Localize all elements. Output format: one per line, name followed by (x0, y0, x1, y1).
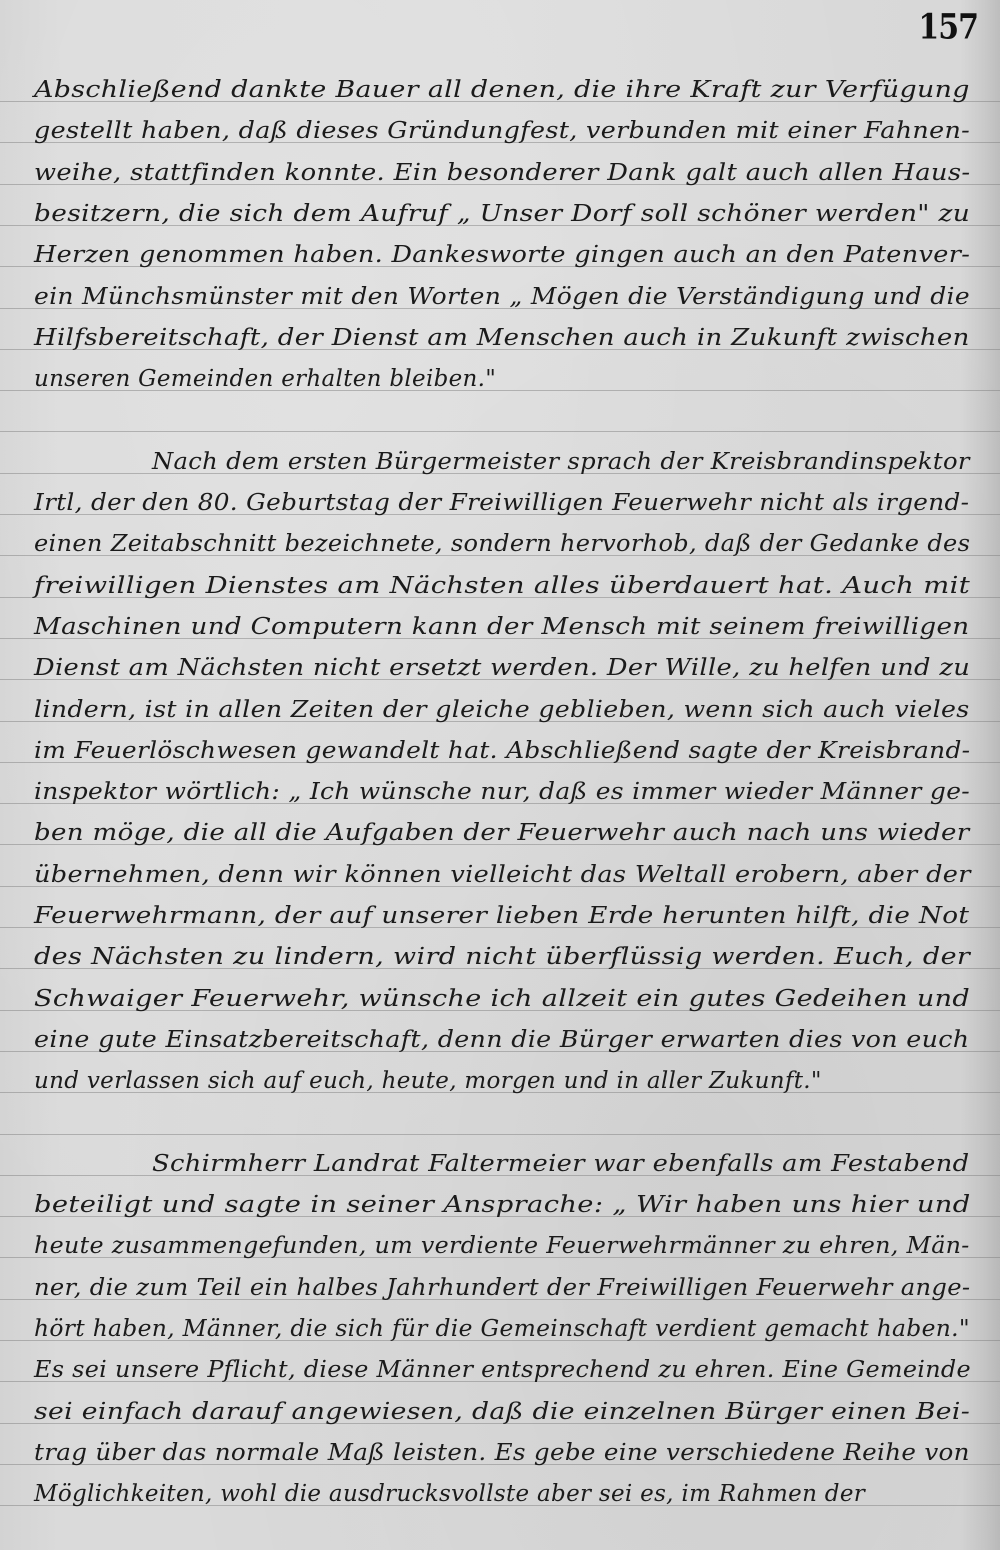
handwritten-line: weihe, stattfinden konnte. Ein besondere… (34, 162, 970, 185)
ruled-line (0, 1134, 1000, 1135)
handwritten-line: ben möge, die all die Aufgaben der Feuer… (34, 822, 970, 845)
handwritten-line: ein Münchsmünster mit den Worten „ Mögen… (34, 286, 970, 309)
handwritten-line: übernehmen, denn wir können vielleicht d… (34, 864, 971, 887)
handwritten-line: beteiligt und sagte in seiner Ansprache:… (34, 1194, 971, 1217)
handwritten-line: Abschließend dankte Bauer all denen, die… (34, 79, 970, 102)
handwritten-line: heute zusammengefunden, um verdiente Feu… (34, 1235, 970, 1258)
handwritten-line: eine gute Einsatzbereitschaft, denn die … (34, 1029, 969, 1052)
handwritten-line: inspektor wörtlich: „ Ich wünsche nur, d… (34, 781, 970, 804)
handwritten-line: im Feuerlöschwesen gewandelt hat. Abschl… (34, 740, 970, 763)
handwritten-line: trag über das normale Maß leisten. Es ge… (34, 1442, 970, 1465)
handwritten-line: Nach dem ersten Bürgermeister sprach der… (152, 451, 970, 474)
handwritten-line: unseren Gemeinden erhalten bleiben." (34, 368, 496, 391)
page-number: 157 (918, 7, 978, 47)
handwritten-line: Schirmherr Landrat Faltermeier war ebenf… (152, 1153, 969, 1176)
handwritten-line: hört haben, Männer, die sich für die Gem… (34, 1318, 970, 1341)
handwritten-line: Hilfsbereitschaft, der Dienst am Mensche… (34, 327, 970, 350)
handwritten-line: und verlassen sich auf euch, heute, morg… (34, 1070, 822, 1093)
handwritten-line: freiwilligen Dienstes am Nächsten alles … (34, 575, 970, 598)
handwritten-line: einen Zeitabschnitt bezeichnete, sondern… (34, 533, 970, 556)
handwritten-line: Es sei unsere Pflicht, diese Männer ents… (34, 1359, 971, 1382)
handwritten-line: lindern, ist in allen Zeiten der gleiche… (34, 699, 970, 722)
handwritten-line: Herzen genommen haben. Dankesworte ginge… (34, 244, 970, 267)
handwritten-line: sei einfach darauf angewiesen, daß die e… (34, 1401, 970, 1424)
handwritten-line: ner, die zum Teil ein halbes Jahrhundert… (34, 1277, 970, 1300)
handwritten-line: Maschinen und Computern kann der Mensch … (34, 616, 969, 639)
handwritten-line: Möglichkeiten, wohl die ausdrucksvollste… (34, 1483, 865, 1506)
handwritten-line: besitzern, die sich dem Aufruf „ Unser D… (34, 203, 970, 226)
handwritten-line: Schwaiger Feuerwehr, wünsche ich allzeit… (34, 988, 970, 1011)
ruled-line (0, 431, 1000, 432)
handwritten-line: Irtl, der den 80. Geburtstag der Freiwil… (34, 492, 969, 515)
handwritten-line: des Nächsten zu lindern, wird nicht über… (34, 946, 970, 969)
handwritten-page: 157 Abschließend dankte Bauer all denen,… (0, 0, 1000, 1550)
handwritten-line: Dienst am Nächsten nicht ersetzt werden.… (34, 657, 970, 680)
handwritten-line: gestellt haben, daß dieses Gründungfest,… (34, 120, 970, 143)
handwritten-line: Feuerwehrmann, der auf unserer lieben Er… (34, 905, 969, 928)
